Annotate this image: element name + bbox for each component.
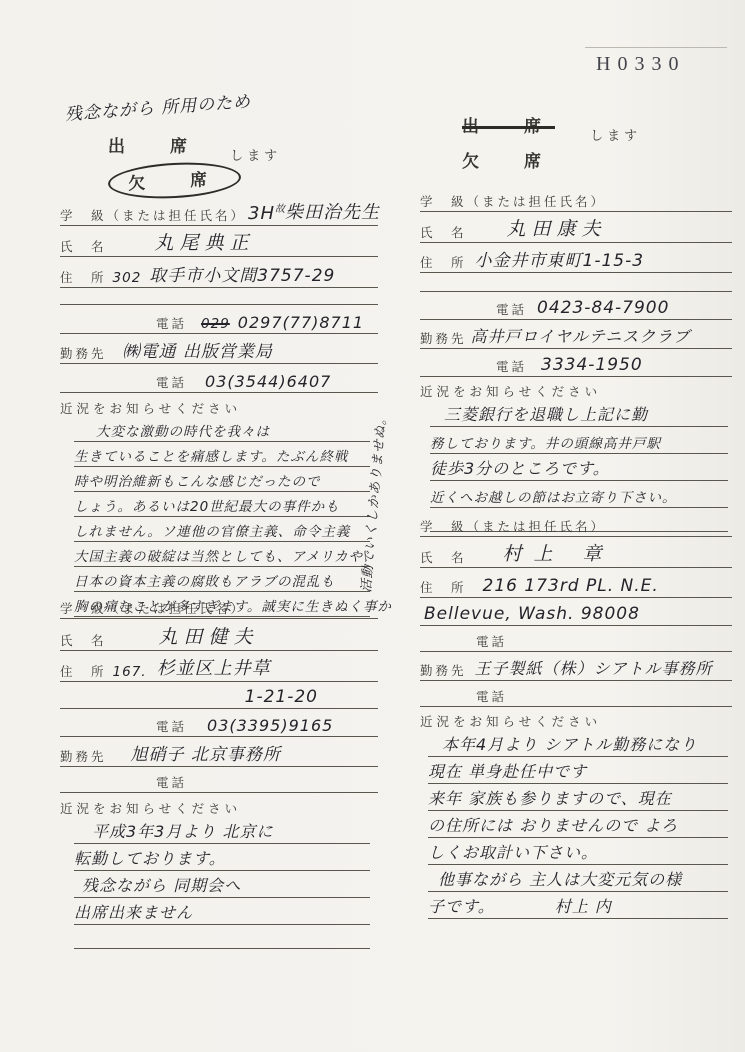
phone2-label: 電話 [156,373,187,391]
news-line: 来年 家族も参りますので、現在 [428,784,728,811]
news-line: しくお取計い下さい。 [428,838,728,865]
phone-value: 0423-84-7900 [537,298,669,318]
workplace-value: 王子製紙（株）シアトル事務所 [475,656,713,679]
address-number: 167. [113,664,147,680]
phone2-row: 電話 3334-1950 [420,349,732,377]
news-label: 近況をお知らせください [60,401,241,416]
attend-suffix: します [230,149,281,164]
news-line: 大国主義の破綻は当然としても、アメリカや [74,542,370,567]
news-text: 三菱銀行を退職し上記に勤 [444,402,648,425]
news-line: 子です。 村上 内 [428,892,728,919]
workplace-row: 勤務先 旭硝子 北京事務所 [60,737,378,767]
workplace-value: 旭硝子 北京事務所 [131,740,281,765]
attend-label: 出 席 [108,137,201,157]
absent-label: 欠 席 [462,152,555,172]
class-value-sup: 故 [275,200,285,215]
attend-label-struck: 出 席 [462,117,555,137]
workplace-row: 勤務先 王子製紙（株）シアトル事務所 [420,652,732,681]
news-block: 大変な激動の時代を我々は 生きていることを痛感します。たぶん終戦 時や明治維新も… [74,417,370,617]
phone-row: 電話 [420,626,732,652]
news-line: 日本の資本主義の腐敗もアラブの混乱も [74,567,370,592]
phone2-row: 電話 03(3544)6407 [60,364,378,393]
blank-line [74,925,370,949]
address-row-2: Bellevue, Wash. 98008 [420,598,732,626]
address-value: 小金井市東町1-15-3 [475,246,645,271]
news-text: 来年 家族も参りますので、現在 [428,786,672,809]
address-value-2: 1-21-20 [245,687,318,707]
news-line: 現在 単身赴任中です [428,757,728,784]
name-label: 氏 名 [420,223,467,241]
news-label-row: 近況をお知らせください [60,793,378,817]
phone-label: 電話 [156,314,187,332]
class-label: 学 級（または担任氏名） [60,206,246,224]
news-text: 近くへお越しの節はお立寄り下さい。 [430,486,677,506]
workplace-label: 勤務先 [60,747,107,765]
phone-row: 電話 03(3395)9165 [60,709,378,737]
address-value: 杉並区上井草 [157,654,271,680]
left-attend-absent-block: 出 席 します 欠 席 [108,132,281,198]
news-text: の住所には おりませんので よろ [428,813,678,836]
address-label: 住 所 [60,662,107,680]
news-line: 生きていることを痛感します。たぶん終戦 [74,442,370,467]
news-block: 平成3年3月より 北京に 転勤しております。 残念ながら 同期会へ 出席出来ませ… [74,817,370,949]
workplace-row: 勤務先 ㈱電通 出版営業局 [60,334,378,364]
phone-label: 電話 [476,632,507,650]
news-text: しくお取計い下さい。 [428,840,598,863]
news-text: 平成3年3月より 北京に [92,819,273,842]
address-row: 住 所 167. 杉並区上井草 [60,651,378,682]
phone-value: 0297(77)8711 [238,313,364,332]
phone2-label: 電話 [156,773,187,791]
news-text: しれません。ソ連他の官僚主義、命令主義 [74,520,350,540]
phone2-value: 03(3544)6407 [205,372,331,391]
news-text: 出席出来ません [74,900,193,923]
news-line: 務しております。井の頭線高井戸駅 [430,427,728,454]
left-reply-form-1: 学 級（または担任氏名） 3H 故 柴田治先生 氏 名 丸尾典正 住 所 302… [60,194,378,617]
stamp-rule [585,47,727,48]
class-row: 学 級（または担任氏名） 3H 故 柴田治先生 [60,194,378,226]
class-label: 学 級（または担任氏名） [60,599,246,617]
name-value: 丸田康夫 [507,214,607,241]
news-text: 務しております。井の頭線高井戸駅 [430,432,661,452]
news-label-row: 近況をお知らせください [420,707,732,730]
phone2-value: 3334-1950 [541,355,643,375]
news-text: 現在 単身赴任中です [428,759,587,782]
right-reply-form-1: 学 級（または担任氏名） 氏 名 丸田康夫 住 所 小金井市東町1-15-3 電… [420,184,732,532]
name-row: 氏 名 村上 章 [420,537,732,568]
class-row: 学 級（または担任氏名） [420,184,732,212]
workplace-value: ㈱電通 出版営業局 [123,337,273,362]
news-line: 出席出来ません [74,898,370,925]
news-line: 転勤しております。 [74,844,370,871]
news-text: 残念ながら 同期会へ [82,873,241,896]
phone-label: 電話 [156,717,187,735]
right-reply-form-2: 学 級（または担任氏名） 氏 名 村上 章 住 所 216 173rd PL. … [420,508,732,919]
address-label: 住 所 [420,253,467,271]
address-label: 住 所 [420,578,467,596]
document-id-stamp: H0330 [596,53,685,76]
news-text: 大国主義の破綻は当然としても、アメリカや [74,545,363,565]
address-value: 216 173rd PL. N.E. [483,576,659,596]
news-line: しょう。あるいは20世紀最大の事件かも [74,492,370,517]
phone-row: 電話 0423-84-7900 [420,292,732,320]
class-label: 学 級（または担任氏名） [420,517,606,535]
news-label-row: 近況をお知らせください [60,393,378,417]
news-label: 近況をお知らせください [60,801,241,816]
news-line: 近くへお越しの節はお立寄り下さい。 [430,481,728,508]
address-row: 住 所 小金井市東町1-15-3 [420,243,732,273]
class-row: 学 級（または担任氏名） [60,590,378,619]
handwritten-reason-note: 残念ながら 所用のため [64,87,252,125]
phone2-label: 電話 [476,687,507,705]
name-label: 氏 名 [420,548,467,566]
news-line: 徒歩3分のところです。 [430,454,728,481]
news-line: の住所には おりませんので よろ [428,811,728,838]
blank-line [60,288,378,305]
name-row: 氏 名 丸田健夫 [60,619,378,651]
phone-crossed-value: 029 [201,316,230,332]
blank-line [420,273,732,292]
workplace-label: 勤務先 [420,329,467,347]
right-attend-absent-block: 出 席 します 欠 席 [462,112,641,172]
news-text: 日本の資本主義の腐敗もアラブの混乱も [74,570,335,590]
scanned-document: H0330 残念ながら 所用のため 出 席 します 欠 席 学 級（または担任氏… [0,0,745,1052]
workplace-value: 高井戸ロイヤルテニスクラブ [471,324,691,347]
news-text: 徒歩3分のところです。 [430,456,610,479]
phone2-row: 電話 [60,767,378,793]
news-text: しょう。あるいは20世紀最大の事件かも [74,495,340,515]
news-line: 他事ながら 主人は大変元気の様 [428,865,728,892]
news-line: 残念ながら 同期会へ [74,871,370,898]
news-line: 時や明治維新もこんな感じだったので [74,467,370,492]
news-block: 本年4月より シアトル勤務になり 現在 単身赴任中です 来年 家族も参りますので… [428,730,728,919]
news-text: 時や明治維新もこんな感じだったので [74,470,321,490]
address-value-2: Bellevue, Wash. 98008 [424,604,640,624]
class-row: 学 級（または担任氏名） [420,508,732,537]
class-value2: 柴田治先生 [285,198,380,224]
phone2-row: 電話 [420,681,732,707]
name-label: 氏 名 [60,631,107,649]
name-row: 氏 名 丸田康夫 [420,212,732,243]
news-line: 平成3年3月より 北京に [74,817,370,844]
news-text: 転勤しております。 [74,846,226,869]
news-label: 近況をお知らせください [420,384,601,399]
address-number: 302 [113,270,142,286]
phone-value: 03(3395)9165 [207,716,333,735]
address-label: 住 所 [60,268,107,286]
news-text: 生きていることを痛感します。たぶん終戦 [74,445,348,465]
workplace-label: 勤務先 [420,661,467,679]
name-value: 村上 章 [503,539,614,566]
news-text: 子です。 村上 内 [428,894,612,917]
address-value: 取手市小文間3757-29 [149,261,335,286]
name-value: 丸尾典正 [155,228,255,255]
name-value: 丸田健夫 [159,622,259,649]
left-reply-form-2: 学 級（または担任氏名） 氏 名 丸田健夫 住 所 167. 杉並区上井草 1-… [60,590,378,949]
news-label: 近況をお知らせください [420,714,601,729]
address-row: 住 所 216 173rd PL. N.E. [420,568,732,598]
workplace-row: 勤務先 高井戸ロイヤルテニスクラブ [420,320,732,349]
attend-suffix: します [590,129,641,144]
news-text: 大変な激動の時代を我々は [96,420,270,440]
class-value: 3H [248,203,275,224]
news-text: 本年4月より シアトル勤務になり [442,732,697,755]
phone-label: 電話 [496,300,527,318]
news-line: 三菱銀行を退職し上記に勤 [430,400,728,427]
news-line: 大変な激動の時代を我々は [74,417,370,442]
class-label: 学 級（または担任氏名） [420,192,606,210]
news-text: 他事ながら 主人は大変元気の様 [438,867,682,890]
phone2-label: 電話 [496,357,527,375]
name-row: 氏 名 丸尾典正 [60,226,378,257]
name-label: 氏 名 [60,237,107,255]
address-row: 住 所 302 取手市小文間3757-29 [60,257,378,288]
news-line: しれません。ソ連他の官僚主義、命令主義 [74,517,370,542]
news-line: 本年4月より シアトル勤務になり [428,730,728,757]
phone-row: 電話 029 0297(77)8711 [60,305,378,334]
address-row-2: 1-21-20 [60,682,378,709]
workplace-label: 勤務先 [60,344,107,362]
news-label-row: 近況をお知らせください [420,377,732,400]
